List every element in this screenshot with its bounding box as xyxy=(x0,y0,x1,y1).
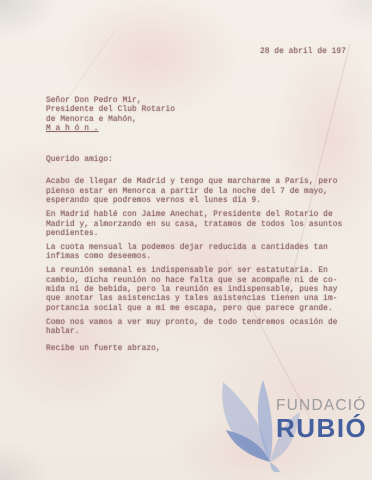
text-line: Acabo de llegar de Madrid y tengo que ma… xyxy=(46,178,348,187)
letter-paragraph: La cuota mensual la podemos dejar reduci… xyxy=(46,244,348,263)
scanned-letter-page: 28 de abril de 197 Señor Don Pedro Mir,P… xyxy=(0,0,372,480)
text-line: esperando que podremos vernos el lunes d… xyxy=(46,197,348,206)
text-line: La reunión semanal es indispensable por … xyxy=(46,267,348,276)
text-line: Como nos vamos a ver muy pronto, de todo… xyxy=(46,319,348,328)
text-line: En Madrid hablé con Jaime Anechat, Presi… xyxy=(46,211,348,220)
text-line: de Menorca e Mahón, xyxy=(46,116,175,125)
letter-paragraph: Acabo de llegar de Madrid y tengo que ma… xyxy=(46,178,348,206)
text-line: hablar. xyxy=(46,328,348,337)
letter-date: 28 de abril de 197 xyxy=(0,48,346,57)
text-line: mida ni de bebida, pero la reunión es in… xyxy=(46,286,348,295)
text-line: pendientes. xyxy=(46,230,348,239)
text-line: Presidente del Club Rotario xyxy=(46,106,175,115)
text-line: M a h ó n . xyxy=(46,125,175,134)
text-line: ínfimas como deseemos. xyxy=(46,253,348,262)
text-line: cambio, dicha reunión no hace falta que … xyxy=(46,277,348,286)
logo-text-block: FUNDACIÓ RUBIÓ xyxy=(276,398,367,441)
letter-paragraph: Como nos vamos a ver muy pronto, de todo… xyxy=(46,319,348,338)
text-line: Señor Don Pedro Mir, xyxy=(46,97,175,106)
text-line: que anotar las asistencias y tales asist… xyxy=(46,295,348,304)
text-line: La cuota mensual la podemos dejar reduci… xyxy=(46,244,348,253)
text-line: pienso estar en Menorca a partir de la n… xyxy=(46,188,348,197)
letter-paragraph: En Madrid hablé con Jaime Anechat, Presi… xyxy=(46,211,348,239)
logo-text-fundacio: FUNDACIÓ xyxy=(276,398,367,414)
text-line: Madrid y, almorzando en su casa, tratamo… xyxy=(46,221,348,230)
text-line: portancia social que a mí me escapa, per… xyxy=(46,305,348,314)
letter-paragraph: La reunión semanal es indispensable por … xyxy=(46,267,348,314)
recipient-address: Señor Don Pedro Mir,Presidente del Club … xyxy=(46,97,175,135)
salutation: Querido amigo: xyxy=(46,156,348,165)
closing-line: Recibe un fuerte abrazo, xyxy=(46,345,348,354)
logo-text-rubio: RUBIÓ xyxy=(276,415,367,441)
letter-body: Querido amigo: Acabo de llegar de Madrid… xyxy=(46,156,348,354)
fundacio-rubio-logo: FUNDACIÓ RUBIÓ xyxy=(216,380,366,472)
